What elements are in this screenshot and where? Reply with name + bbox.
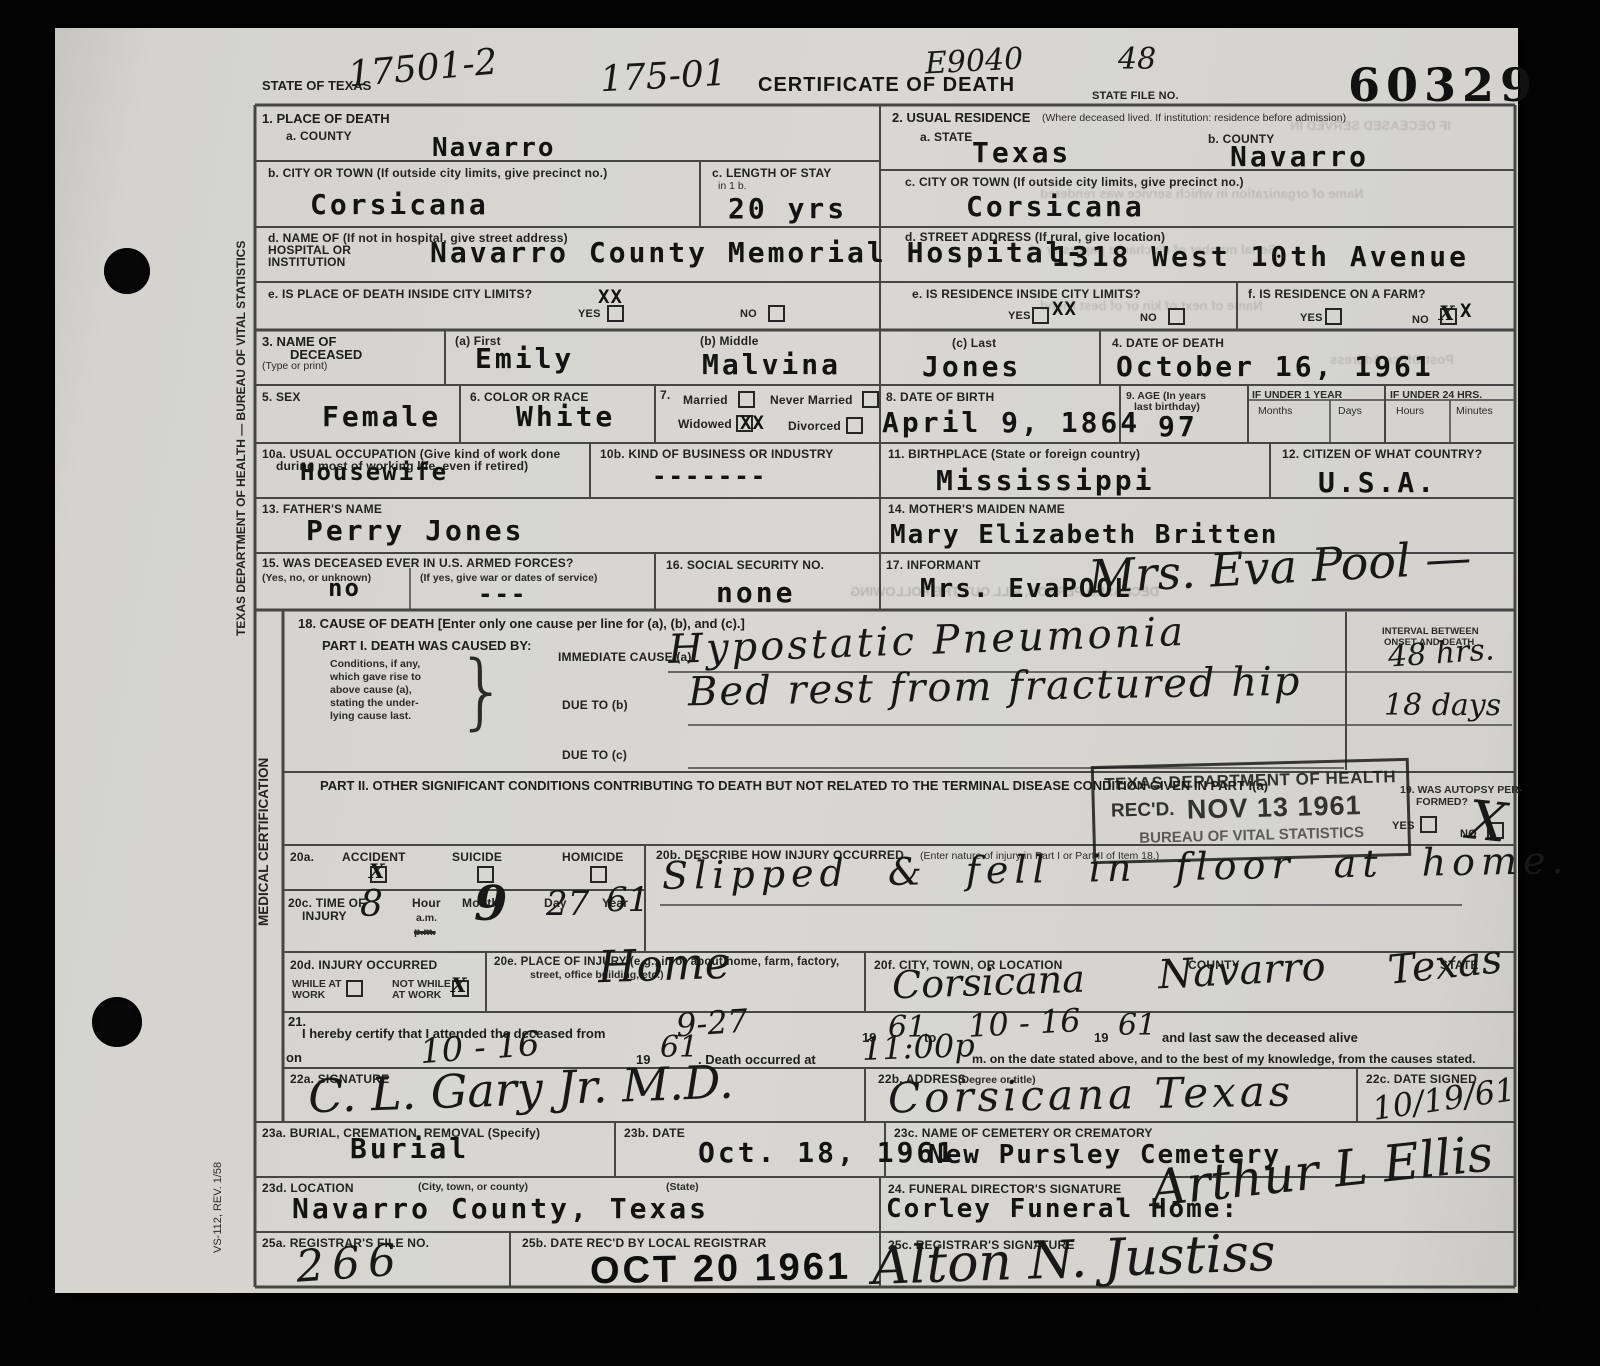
birthplace-label: 11. BIRTHPLACE (State or foreign country… [888,447,1140,461]
residence-state-value: Texas [972,136,1071,169]
conditions-note-line: above cause (a), [330,684,412,696]
stamp-recd: REC'D. [1111,799,1175,823]
x-mark: X [451,973,467,997]
certify-line1-end: and last saw the deceased alive [1162,1030,1358,1045]
industry-value: ------- [652,462,767,490]
industry-label: 10b. KIND OF BUSINESS OR INDUSTRY [600,447,834,461]
pm-label-struck: p.m. [414,926,436,938]
last-name-value: Jones [922,350,1021,383]
age-value: 97 [1158,410,1198,443]
autopsy-yes-checkbox [1420,816,1437,833]
place-of-injury-value: Home [597,938,731,994]
date-of-death-value: October 16, 1961 [1116,350,1434,383]
burial-date-value: Oct. 18, 1961 [698,1136,956,1169]
death-city-limits-label: e. IS PLACE OF DEATH INSIDE CITY LIMITS? [268,287,532,301]
due-to-c-label: DUE TO (c) [562,748,627,762]
item-20a-label: 20a. [290,850,314,864]
margin-medical-certification-label: MEDICAL CERTIFICATION [256,746,271,938]
date-of-birth-label: 8. DATE OF BIRTH [886,390,994,404]
armed-forces-answer: no [328,574,361,602]
usual-residence-note: (Where deceased lived. If institution: r… [1042,112,1346,124]
typed-x-mark: X [1460,300,1472,322]
never-married-checkbox [862,391,879,408]
injury-hour-value: 8 [360,884,383,925]
no-checkbox-checked: X [1440,308,1457,325]
typed-xx-mark: XX [1052,298,1077,320]
margin-department-label: TEXAS DEPARTMENT OF HEALTH — BUREAU OF V… [234,268,248,636]
middle-name-value: Malvina [702,348,841,381]
mother-name-label: 14. MOTHER'S MAIDEN NAME [888,502,1065,516]
yes-label: YES [578,308,601,320]
county-value: Navarro [432,133,556,163]
scanned-death-certificate: IF DECEASED SERVED IN Name of organizati… [0,0,1600,1366]
ssn-label: 16. SOCIAL SECURITY NO. [666,558,824,572]
injury-city-value: Corsicana [891,957,1085,1008]
city-label: b. CITY OR TOWN (If outside city limits,… [268,166,607,180]
time-of-injury-label2: INJURY [302,909,347,923]
yes-label: YES [1300,312,1323,324]
residence-city-limits-label: e. IS RESIDENCE INSIDE CITY LIMITS? [912,287,1141,301]
length-of-stay-value: 20 yrs [728,192,847,225]
yes-checkbox [607,305,624,322]
sex-label: 5. SEX [262,390,301,404]
residence-farm-label: f. IS RESIDENCE ON A FARM? [1248,287,1426,301]
divorced-label: Divorced [788,419,841,433]
residence-city-label: c. CITY OR TOWN (If outside city limits,… [905,175,1244,189]
attended-to-date: 10 - 16 [967,1001,1081,1045]
no-label: NO [740,308,757,320]
margin-form-number: VS-112, REV. 1/58 [212,1150,224,1265]
suicide-label: SUICIDE [452,850,502,864]
date-received-stamp: OCT 20 1961 [590,1246,852,1294]
certificate-number-stamp: 60329 [1348,58,1538,112]
informant-label: 17. INFORMANT [886,558,981,572]
burial-date-label: 23b. DATE [624,1126,685,1140]
state-file-no-label: STATE FILE NO. [1092,90,1179,102]
typed-xx-mark: XX [740,412,765,434]
if-under-24-hrs-label: IF UNDER 24 HRS. [1390,389,1482,401]
accident-checkbox-checked: X [370,866,387,883]
name-of-deceased-label3: (Type or print) [262,360,327,372]
yes-label: YES [1008,310,1031,322]
conditions-note-line: which gave rise to [330,671,421,683]
cemetery-label: 23c. NAME OF CEMETERY OR CREMATORY [894,1126,1153,1140]
no-label: NO [1140,312,1157,324]
burial-value: Burial [350,1132,469,1165]
hour-label: Hour [412,896,441,910]
death-time-value: 11:00p [861,1026,975,1068]
due-to-b-label: DUE TO (b) [562,698,628,712]
county-label: a. COUNTY [286,129,352,143]
handwritten-file-number: E9040 [924,41,1024,81]
not-while-at-work-checkbox-checked: X [452,980,469,997]
physician-address: Corsicana Texas [888,1066,1295,1122]
widowed-label: Widowed [678,417,732,431]
x-mark: X [369,859,385,883]
date-of-death-label: 4. DATE OF DEATH [1112,336,1224,350]
am-label: a.m. [416,912,437,924]
x-mark: X [1439,301,1455,325]
handwritten-file-number: 48 [1118,42,1156,77]
days-label: Days [1338,405,1362,417]
middle-name-label: (b) Middle [700,334,759,348]
months-label: Months [1258,405,1292,417]
homicide-label: HOMICIDE [562,850,624,864]
autopsy-label2: FORMED? [1416,796,1468,808]
married-checkbox [738,391,755,408]
hours-label: Hours [1396,405,1424,417]
hospital-label3: INSTITUTION [268,255,346,269]
armed-forces-label: 15. WAS DECEASED EVER IN U.S. ARMED FORC… [262,556,574,570]
conditions-note-line: Conditions, if any, [330,658,420,670]
yes-checkbox [1325,308,1342,325]
yes-checkbox [1032,307,1049,324]
injury-county-value: Navarro [1157,944,1327,999]
stamp-date: NOV 13 1961 [1187,790,1362,826]
homicide-checkbox [590,866,607,883]
handwritten-number: 175-01 [599,53,728,101]
date-of-birth-value: April 9, 1864 [882,406,1140,439]
race-value: White [516,400,615,433]
time-of-injury-label: 20c. TIME OF [288,896,366,910]
to-year: 61 [1118,1008,1156,1043]
divorced-checkbox [846,417,863,434]
occupation-value: Housewife [300,458,448,486]
while-at-work-checkbox [346,980,363,997]
place-of-death-title: 1. PLACE OF DEATH [262,111,390,126]
last-name-label: (c) Last [952,336,996,350]
father-name-value: Perry Jones [306,514,524,547]
first-name-value: Emily [475,342,574,375]
certify-line2-on: on [286,1050,302,1065]
usual-residence-title: 2. USUAL RESIDENCE [892,110,1030,125]
interval-a-value: 48 hrs. [1387,632,1495,674]
residence-city-value: Corsicana [966,190,1145,223]
married-label: Married [683,393,728,407]
if-under-1-year-label: IF UNDER 1 YEAR [1252,389,1342,401]
length-of-stay-sublabel: in 1 b. [718,180,747,192]
marital-item-label: 7. [660,388,670,402]
conditions-note-line: lying cause last. [330,710,411,722]
interval-b-value: 18 days [1384,688,1501,723]
ssn-value: none [716,576,795,609]
city-value: Corsicana [310,188,489,221]
citizen-label: 12. CITIZEN OF WHAT COUNTRY? [1282,447,1482,461]
residence-county-value: Navarro [1230,140,1369,173]
while-at-work-label2: WORK [292,989,325,1001]
sex-value: Female [322,400,441,433]
street-address-value: 1318 West 10th Avenue [1052,240,1469,273]
armed-forces-dates: --- [478,580,527,608]
registrar-file-value: 266 [294,1234,405,1292]
never-married-label: Never Married [770,393,853,407]
no-checkbox [1168,308,1185,325]
length-of-stay-label: c. LENGTH OF STAY [712,166,831,180]
certify-line2-end: m. on the date stated above, and to the … [972,1052,1476,1066]
burial-location-value: Navarro County, Texas [292,1192,709,1225]
injury-day-value: 27 [546,884,589,924]
injury-month-value: 9 [474,876,507,932]
citizen-value: U.S.A. [1318,466,1437,499]
conditions-brace: } [456,644,508,739]
birthplace-value: Mississippi [936,464,1154,497]
residence-state-label: a. STATE [920,130,973,144]
minutes-label: Minutes [1456,405,1493,417]
injury-occurred-label: 20d. INJURY OCCURRED [290,958,437,972]
no-label: NO [1412,314,1429,326]
no-checkbox [768,305,785,322]
not-while-at-work-label2: AT WORK [392,989,441,1001]
conditions-note-line: stating the under- [330,697,419,709]
injury-year-value: 61 [606,880,649,920]
printed-19: 19 [1094,1030,1108,1045]
